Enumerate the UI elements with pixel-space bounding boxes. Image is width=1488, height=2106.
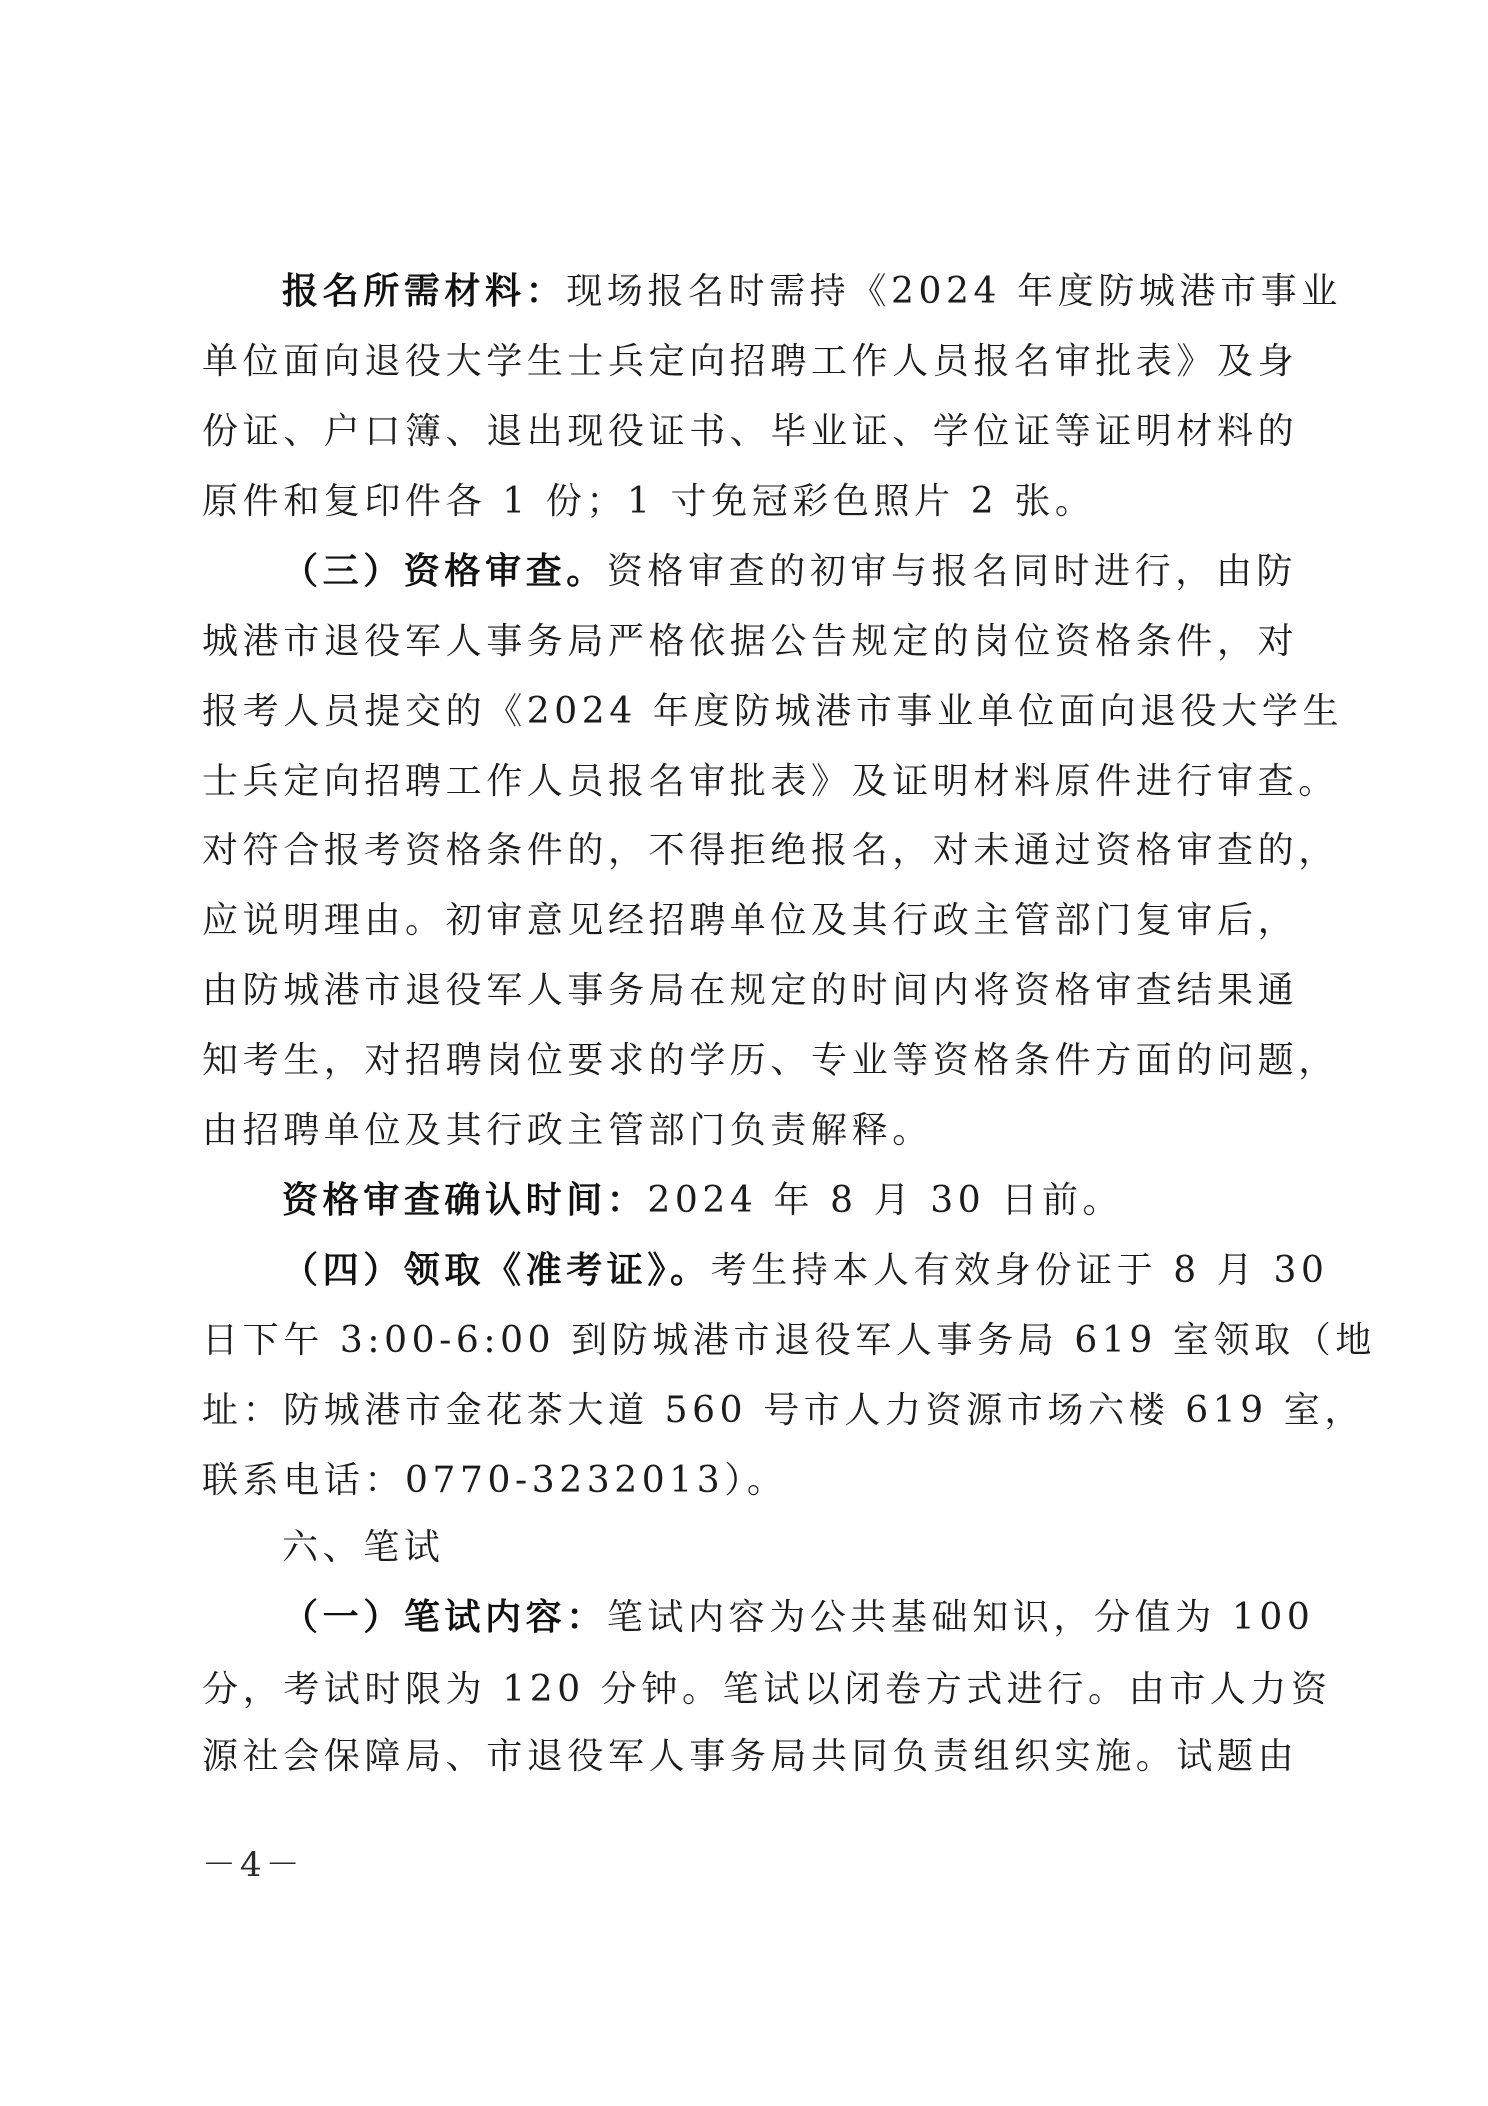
qualification-paragraph-line-3: 报考人员提交的《2024 年度防城港市事业单位面向退役大学生 bbox=[202, 677, 1302, 747]
materials-label: 报名所需材料： bbox=[282, 271, 566, 312]
qualification-paragraph-line-2: 城港市退役军人事务局严格依据公告规定的岗位资格条件，对 bbox=[202, 607, 1302, 677]
qualification-paragraph-line-1: （三）资格审查。资格审查的初审与报名同时进行，由防 bbox=[282, 537, 1382, 607]
qualification-paragraph-line-8: 知考生，对招聘岗位要求的学历、专业等资格条件方面的问题， bbox=[202, 1026, 1302, 1096]
materials-paragraph-line-1: 报名所需材料：现场报名时需持《2024 年度防城港市事业 bbox=[282, 257, 1382, 327]
confirmation-time-line: 资格审查确认时间：2024 年 8 月 30 日前。 bbox=[282, 1166, 1382, 1236]
qualification-label: （三）资格审查。 bbox=[282, 551, 607, 592]
written-exam-paragraph-line-1: （一）笔试内容：笔试内容为公共基础知识，分值为 100 bbox=[282, 1583, 1382, 1653]
qualification-paragraph-line-9: 由招聘单位及其行政主管部门负责解释。 bbox=[202, 1096, 1302, 1166]
page-number: －4－ bbox=[202, 1845, 304, 1885]
written-exam-paragraph-line-2: 分，考试时限为 120 分钟。笔试以闭卷方式进行。由市人力资 bbox=[202, 1655, 1302, 1725]
confirmation-time-label: 资格审查确认时间： bbox=[282, 1180, 647, 1221]
qualification-paragraph-line-7: 由防城港市退役军人事务局在规定的时间内将资格审查结果通 bbox=[202, 956, 1302, 1026]
admission-ticket-paragraph-line-1: （四）领取《准考证》。考生持本人有效身份证于 8 月 30 bbox=[282, 1236, 1382, 1306]
qualification-text: 资格审查的初审与报名同时进行，由防 bbox=[607, 551, 1297, 592]
materials-text: 现场报名时需持《2024 年度防城港市事业 bbox=[566, 271, 1342, 312]
written-exam-text: 笔试内容为公共基础知识，分值为 100 bbox=[607, 1597, 1315, 1638]
admission-ticket-text: 考生持本人有效身份证于 8 月 30 bbox=[711, 1250, 1329, 1291]
confirmation-time-value: 2024 年 8 月 30 日前。 bbox=[647, 1180, 1123, 1221]
section-six-heading: 六、笔试 bbox=[282, 1513, 1382, 1583]
admission-ticket-label: （四）领取《准考证》。 bbox=[282, 1250, 711, 1291]
document-page: 报名所需材料：现场报名时需持《2024 年度防城港市事业 单位面向退役大学生士兵… bbox=[0, 0, 1488, 2106]
materials-paragraph-line-2: 单位面向退役大学生士兵定向招聘工作人员报名审批表》及身 bbox=[202, 327, 1302, 397]
qualification-paragraph-line-6: 应说明理由。初审意见经招聘单位及其行政主管部门复审后， bbox=[202, 886, 1302, 956]
materials-paragraph-line-3: 份证、户口簿、退出现役证书、毕业证、学位证等证明材料的 bbox=[202, 397, 1302, 467]
qualification-paragraph-line-5: 对符合报考资格条件的，不得拒绝报名，对未通过资格审查的， bbox=[202, 816, 1302, 886]
qualification-paragraph-line-4: 士兵定向招聘工作人员报名审批表》及证明材料原件进行审查。 bbox=[202, 747, 1302, 817]
admission-ticket-paragraph-line-4: 联系电话：0770-3232013）。 bbox=[202, 1446, 1302, 1516]
written-exam-label: （一）笔试内容： bbox=[282, 1597, 607, 1638]
written-exam-paragraph-line-3: 源社会保障局、市退役军人事务局共同负责组织实施。试题由 bbox=[202, 1722, 1302, 1792]
admission-ticket-paragraph-line-3: 址：防城港市金花茶大道 560 号市人力资源市场六楼 619 室， bbox=[202, 1376, 1302, 1446]
materials-paragraph-line-4: 原件和复印件各 1 份；1 寸免冠彩色照片 2 张。 bbox=[202, 467, 1302, 537]
admission-ticket-paragraph-line-2: 日下午 3:00-6:00 到防城港市退役军人事务局 619 室领取（地 bbox=[202, 1306, 1302, 1376]
